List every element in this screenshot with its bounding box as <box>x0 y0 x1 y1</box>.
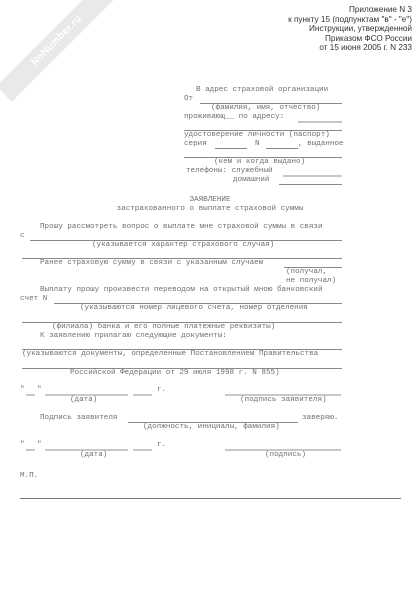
from-label: От <box>184 95 193 104</box>
number-label: N <box>255 140 260 149</box>
date2-hint: (дата) <box>80 451 107 460</box>
attachments-text: К заявлению прилагаю следующие документы… <box>40 332 227 341</box>
issued-label: , выданное <box>298 140 344 149</box>
watermark: NoNumber.ru <box>0 0 118 102</box>
phone-home-label: домашний <box>233 176 269 185</box>
date2-quote-open: " <box>20 441 25 450</box>
appendix-header: Приложение N 3 к пункту 15 (подпунктам "… <box>288 5 412 53</box>
document-title: ЗАЯВЛЕНИЕ <box>0 196 420 205</box>
id-document-label: удостоверение личности (паспорт) <box>184 131 330 140</box>
certify-label: Подпись заявителя <box>40 414 117 423</box>
bottom-divider <box>20 498 401 499</box>
request-text: Прошу рассмотреть вопрос о выплате мне с… <box>40 223 323 232</box>
prior-hint-2: не получал) <box>286 277 336 286</box>
addressee-to: В адрес страховой организации <box>196 86 328 95</box>
request-prefix: с <box>20 232 25 241</box>
passport-number-field[interactable] <box>266 148 298 149</box>
fio-hint: (фамилия, имя, отчество) <box>211 104 320 113</box>
header-line-3: Инструкции, утвержденной <box>288 24 412 34</box>
account-hint-2: (филиала) банка и его полные платежные р… <box>52 323 275 332</box>
year-field[interactable] <box>133 394 152 396</box>
stamp-placeholder: М.П. <box>20 472 38 481</box>
payment-text: Выплату прошу произвести переводом на от… <box>40 286 323 295</box>
phone-home-field[interactable] <box>279 184 342 185</box>
prior-hint-1: (получал, <box>286 268 327 277</box>
issued-hint: (кем и когда выдано) <box>214 158 305 167</box>
applicant-signature-hint: (подпись заявителя) <box>240 396 327 405</box>
series-label: серия <box>184 140 207 149</box>
header-line-5: от 15 июня 2005 г. N 233 <box>288 43 412 53</box>
certify-suffix: заверяю. <box>302 414 338 423</box>
day-field[interactable] <box>26 394 35 396</box>
docs-hint-2: Российской Федерации от 29 июля 1998 г. … <box>70 369 280 378</box>
series-field[interactable] <box>215 148 247 149</box>
address-field-1[interactable] <box>298 121 342 123</box>
header-line-4: Приказом ФСО России <box>288 34 412 44</box>
account-hint-1: (указываются номер лицевого счета, номер… <box>80 304 308 313</box>
header-line-1: Приложение N 3 <box>288 5 412 15</box>
certifier-signature-hint: (подпись) <box>265 451 306 460</box>
address-label: проживающ__ по адресу: <box>184 113 284 122</box>
header-line-2: к пункту 15 (подпунктам "в" - "е") <box>288 15 412 25</box>
date2-quote-close: " <box>37 441 42 450</box>
year2-field[interactable] <box>133 449 152 451</box>
date-hint: (дата) <box>70 396 97 405</box>
day2-field[interactable] <box>26 449 35 451</box>
year-suffix: г. <box>157 386 166 395</box>
certifier-hint: (должность, инициалы, фамилия) <box>143 423 280 432</box>
docs-hint-1: (указываются документы, определенные Пос… <box>22 350 318 359</box>
phone-work-field[interactable] <box>283 175 342 177</box>
phone-work-label: телефоны: служебный <box>186 167 273 176</box>
date-quote-open: " <box>20 386 25 395</box>
year2-suffix: г. <box>157 441 166 450</box>
date-quote-close: " <box>37 386 42 395</box>
prior-payment-text: Ранее страховую сумму в связи с указанны… <box>40 259 263 268</box>
account-label: счет N <box>20 295 47 304</box>
insured-event-hint: (указывается характер страхового случая) <box>92 241 274 250</box>
document-subtitle: застрахованного о выплате страховой сумм… <box>0 205 420 214</box>
